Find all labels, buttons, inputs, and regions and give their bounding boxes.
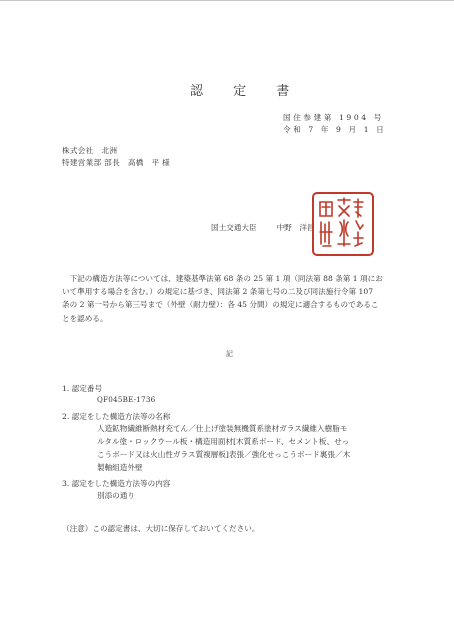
seal-glyphs-icon (314, 194, 372, 254)
issuer-name: 中野 洋昌 (277, 223, 315, 232)
document-title: 認 定 書 (190, 80, 302, 99)
item-2-heading: 2. 認定をした構造方法等の名称 (62, 411, 170, 422)
statement-line: いて準用する場合を含む。）の規定に基づき、同法第 2 条第七号の二及び同法施行令… (62, 285, 396, 298)
page-top-border (0, 0, 454, 1)
issue-date: 令和 7 年 9 月 1 日 (283, 124, 386, 135)
certification-number-value: QF045BE-1736 (97, 395, 155, 404)
item-2-line: 人造鉱物繊維断熱材充てん／仕上げ塗装無機質系塗材ガラス繊維入樹脂モ (97, 423, 347, 434)
storage-notice: （注意）この認定書は、大切に保存しておいてください。 (62, 523, 259, 534)
statement-line: とを認める。 (62, 312, 396, 325)
item-2-line: 製軸組造外壁 (97, 462, 143, 473)
certificate-number: 国住参建第 1904 号 (283, 112, 384, 123)
ki-label: 記 (226, 349, 233, 359)
item-2-line: こうボード又は火山性ガラス質複層板]表張／強化せっこうボード裏張／木 (97, 449, 350, 460)
item-2-line: ルタル塗・ロックウール板・構造用面材[木質系ボード、セメント板、せっ (97, 436, 349, 447)
item-3-heading: 3. 認定をした構造方法等の内容 (62, 478, 170, 489)
item-1-heading: 1. 認定番号 (62, 383, 102, 394)
item-3-value: 別添の通り (97, 490, 135, 501)
statement-line: 下記の構造方法等については、建築基準法第 68 条の 25 第 1 項（同法第 … (62, 272, 396, 285)
certification-statement: 下記の構造方法等については、建築基準法第 68 条の 25 第 1 項（同法第 … (62, 272, 396, 325)
issuer-title: 国土交通大臣 (211, 223, 257, 232)
statement-line: 条の 2 第一号から第三号まで（外壁（耐力壁）：各 45 分間）の規定に適合する… (62, 298, 396, 311)
recipient-company: 株式会社 北洲 (62, 145, 117, 156)
official-seal-icon (312, 192, 374, 256)
recipient-person: 特建営業部 部長 高橋 平 様 (62, 157, 170, 168)
issuer-block: 国土交通大臣中野 洋昌 (211, 222, 315, 233)
